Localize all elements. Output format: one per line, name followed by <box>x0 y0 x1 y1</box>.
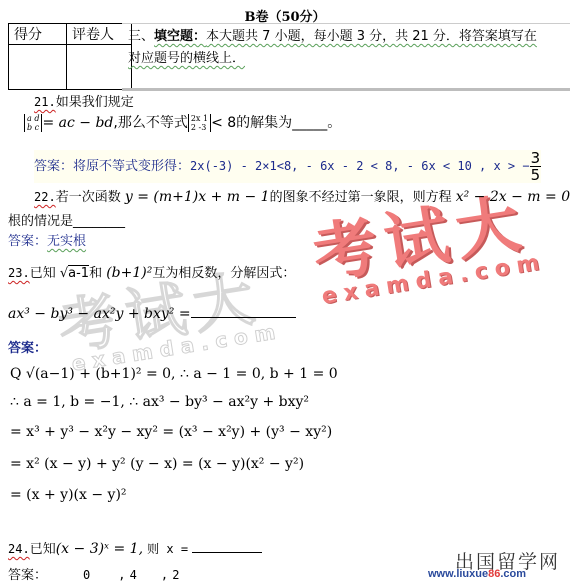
answer-blank[interactable]: _____ <box>292 115 327 131</box>
question-number: 21. <box>34 95 56 109</box>
answer-fraction: 35 <box>530 150 542 183</box>
answer-blank[interactable] <box>191 305 296 318</box>
answer-label: 答案： <box>8 568 47 583</box>
question-number: 23. <box>8 266 30 280</box>
answer-value-3: 2 <box>172 568 179 582</box>
question-tail: < 8的解集为 <box>211 115 292 131</box>
site-logo-url[interactable]: www.liuxue86.com <box>428 568 526 580</box>
score-table: 得分 评卷人 <box>8 23 132 90</box>
question-23-line1: 23.已知 √a-1和 (b+1)²互为相反数，分解因式： <box>8 262 295 281</box>
determinant-definition: a db c <box>24 114 42 132</box>
answer-text: 无实根 <box>47 234 86 249</box>
determinant-formula: = ac − bd <box>42 115 113 131</box>
question-21-body: a db c= ac − bd,那么不等式2x 12 -3< 8的解集为____… <box>24 112 341 132</box>
question-number: 24. <box>8 542 30 556</box>
question-21-answer: 答案：将原不等式变形得：2x(-3) - 2×1<8, - 6x - 2 < 8… <box>34 150 541 183</box>
score-cell[interactable] <box>9 45 67 90</box>
answer-label: 答案： <box>8 234 47 249</box>
section-prefix: 三、 <box>128 29 154 44</box>
answer-text: 将原不等式变形得： <box>73 159 190 174</box>
section-name: 填空题： <box>154 29 206 44</box>
determinant-inequality: 2x 12 -3 <box>188 114 211 132</box>
question-23-answer-label: 答案： <box>8 337 47 356</box>
question-23-line2: ax³ − by³ − ax²y + bxy² = <box>8 305 296 322</box>
question-prompt: 如果我们规定 <box>56 95 134 110</box>
exponent-equation: (x − 3)ˣ = 1, <box>56 541 143 557</box>
section-rules-cont: 对应题号的横线上． <box>128 51 245 66</box>
solution-line-5: = (x + y)(x − y)² <box>10 487 127 503</box>
question-22-answer: 答案：无实根 <box>8 230 86 249</box>
question-21-header: 21.如果我们规定 <box>34 91 134 110</box>
score-header: 得分 <box>9 24 67 45</box>
quadratic-equation: x² − 2x − m = 0 <box>456 189 570 205</box>
answer-value-1: 0 <box>83 568 90 582</box>
question-24: 24.已知(x − 3)ˣ = 1, 则 x = <box>8 538 262 557</box>
section-instructions-line1: 三、填空题：本大题共 7 小题，每小题 3 分，共 21 分．将答案填写在 <box>128 25 537 44</box>
question-text: ,那么不等式 <box>113 115 187 131</box>
linear-function: y = (m+1)x + m − 1 <box>125 189 270 205</box>
answer-blank[interactable]: ________ <box>73 214 125 229</box>
answer-label: 答案： <box>34 159 73 174</box>
question-number: 22. <box>34 190 56 204</box>
sqrt-expression: a-1 <box>68 265 89 281</box>
solution-line-2: ∴ a = 1, b = −1, ∴ ax³ − by³ − ax²y + bx… <box>10 394 309 410</box>
answer-blank[interactable] <box>192 540 262 553</box>
answer-steps: 2x(-3) - 2×1<8, - 6x - 2 < 8, - 6x < 10 … <box>190 159 530 173</box>
solution-line-1: Q √(a−1) + (b+1)² = 0, ∴ a − 1 = 0, b + … <box>10 366 338 382</box>
question-22-line1: 22.若一次函数 y = (m+1)x + m − 1的图象不经过第一象限，则方… <box>34 186 570 205</box>
section-rules: 本大题共 7 小题，每小题 3 分，共 21 分．将答案填写在 <box>206 29 537 44</box>
solution-line-4: = x² (x − y) + y² (y − x) = (x − y)(x² −… <box>10 456 304 472</box>
factor-expression: ax³ − by³ − ax²y + bxy² = <box>8 306 191 322</box>
question-24-answer: 答案：0, 4, 2 <box>8 564 179 583</box>
solution-line-3: = x³ + y³ − x²y − xy² = (x³ − x²y) + (y³… <box>10 424 332 440</box>
question-22-line2: 根的情况是________ <box>8 210 125 229</box>
answer-value-2: 4 <box>130 568 137 582</box>
section-instructions-line2: 对应题号的横线上． <box>128 47 245 66</box>
